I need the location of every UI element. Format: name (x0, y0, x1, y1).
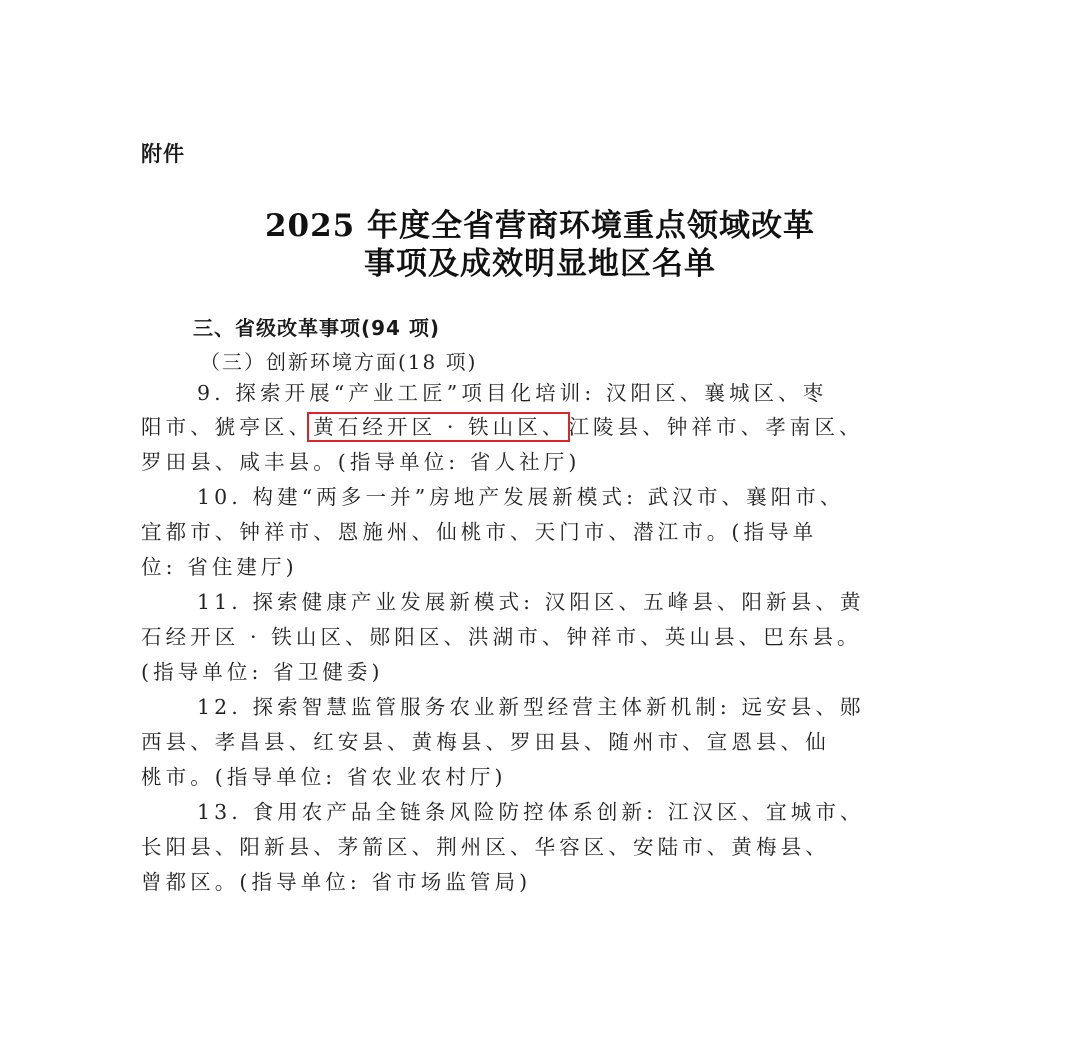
item-10-line3: 位: 省住建厅) (141, 554, 941, 580)
item-13-line3: 曾都区。(指导单位: 省市场监管局) (141, 869, 941, 895)
item-11-line1: 11. 探索健康产业发展新模式: 汉阳区、五峰县、阳新县、黄 (197, 589, 997, 615)
item-10-line1: 10. 构建“两多一并”房地产发展新模式: 武汉市、襄阳市、 (197, 484, 997, 510)
item-11-line2: 石经开区 · 铁山区、郧阳区、洪湖市、钟祥市、英山县、巴东县。 (141, 624, 941, 650)
item-11-line3: (指导单位: 省卫健委) (141, 659, 941, 685)
item-9-line1: 9. 探索开展“产业工匠”项目化培训: 汉阳区、襄城区、枣 (197, 380, 997, 406)
document-title-line2: 事项及成效明显地区名单 (0, 238, 1080, 283)
subsection-heading: （三）创新环境方面(18 项) (200, 346, 477, 375)
document-page: 附件 2025 年度全省营商环境重点领域改革 事项及成效明显地区名单 三、省级改… (0, 0, 1080, 1043)
item-13-line2: 长阳县、阳新县、茅箭区、荆州区、华容区、安陆市、黄梅县、 (141, 834, 941, 860)
item-13-line1: 13. 食用农产品全链条风险防控体系创新: 江汉区、宜城市、 (197, 799, 997, 825)
item-9-line2-post: 江陵县、钟祥市、孝南区、 (568, 415, 863, 439)
item-12-line2: 西县、孝昌县、红安县、黄梅县、罗田县、随州市、宣恩县、仙 (141, 729, 941, 755)
section-heading: 三、省级改革事项(94 项) (193, 312, 440, 341)
item-10-line2: 宜都市、钟祥市、恩施州、仙桃市、天门市、潜江市。(指导单 (141, 519, 941, 545)
attachment-label: 附件 (141, 138, 185, 168)
item-9-line3: 罗田县、咸丰县。(指导单位: 省人社厅) (141, 449, 941, 475)
item-9-line2-pre: 阳市、猇亭区、 (141, 415, 313, 439)
item-12-line3: 桃市。(指导单位: 省农业农村厅) (141, 764, 941, 790)
item-12-line1: 12. 探索智慧监管服务农业新型经营主体新机制: 远安县、郧 (197, 694, 997, 720)
highlighted-region: 黄石经开区 · 铁山区、 (309, 414, 568, 440)
item-9-line2: 阳市、猇亭区、黄石经开区 · 铁山区、江陵县、钟祥市、孝南区、 (141, 414, 941, 440)
